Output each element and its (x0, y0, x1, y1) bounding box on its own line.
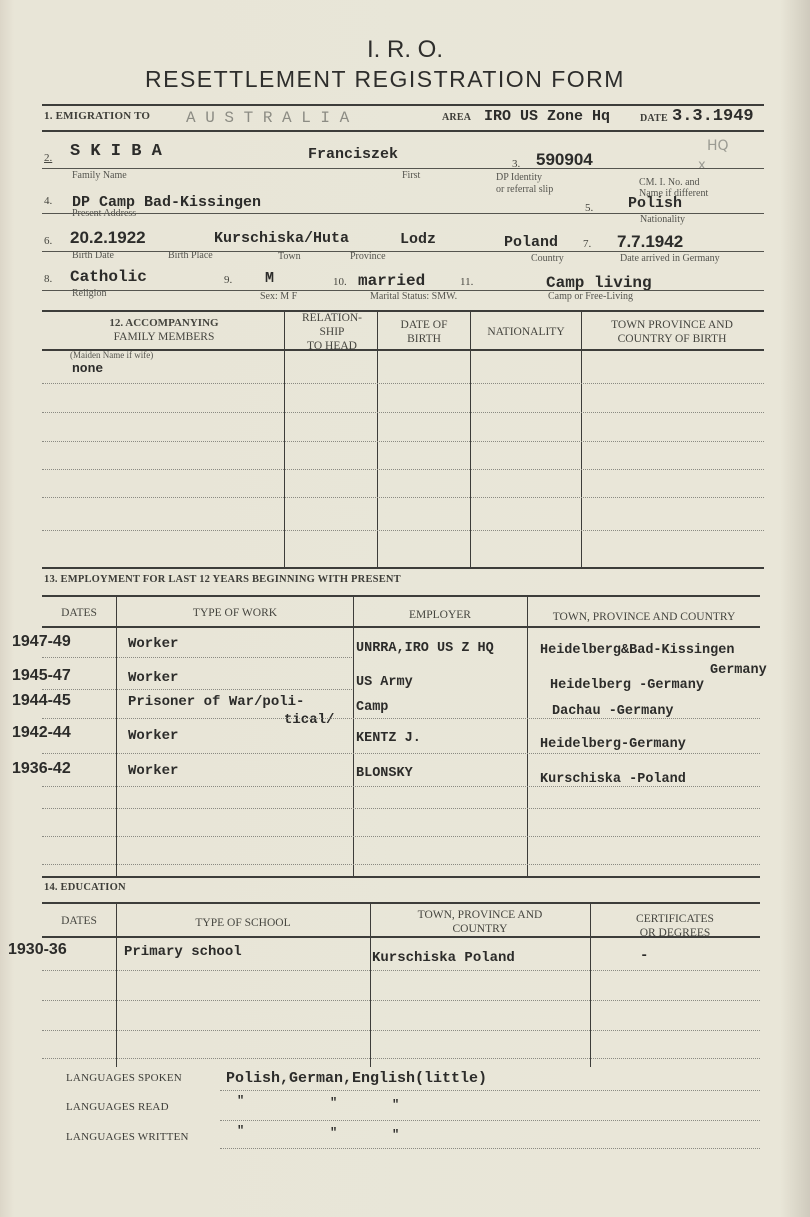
employment-header-place: TOWN, PROVINCE AND COUNTRY (527, 610, 761, 624)
country-label: Country (531, 253, 564, 264)
date-arrived-value: 7.7.1942 (617, 232, 683, 252)
handwritten-mark: x (698, 158, 706, 173)
field-number: 10. (333, 276, 347, 288)
education-dates: 1930-36 (8, 941, 67, 959)
handwritten-note: HQ (707, 138, 729, 154)
employment-header-dates: DATES (42, 606, 116, 620)
dotted-rule (42, 786, 760, 787)
maiden-name-note: (Maiden Name if wife) (70, 350, 153, 360)
employment-header-work: TYPE OF WORK (116, 606, 354, 620)
religion-value: Catholic (70, 268, 147, 286)
field-number: 8. (44, 273, 52, 285)
area-value: IRO US Zone Hq (484, 108, 610, 125)
languages-written-label: LANGUAGES WRITTEN (66, 1131, 189, 1143)
emigration-label: 1. EMIGRATION TO (44, 110, 150, 122)
marital-status-value: married (358, 272, 425, 290)
column-divider (116, 902, 117, 1067)
employment-section-title: 13. EMPLOYMENT FOR LAST 12 YEARS BEGINNI… (44, 574, 401, 585)
employment-dates: 1936-42 (12, 760, 71, 778)
employment-employer: KENTZ J. (356, 731, 421, 746)
present-address-label: Present Address (72, 208, 136, 219)
family-name-value: S K I B A (70, 142, 162, 161)
employment-work: tical/ (284, 712, 334, 728)
education-certificates: - (640, 948, 648, 964)
employment-employer: UNRRA,IRO US Z HQ (356, 641, 494, 656)
employment-header-employer: EMPLOYER (354, 608, 526, 622)
ditto-mark: " (237, 1124, 244, 1138)
languages-spoken-value: Polish,German,English(little) (226, 1070, 487, 1087)
field-number: 11. (460, 276, 473, 288)
dotted-rule (42, 753, 760, 754)
dotted-rule (42, 441, 764, 442)
emigration-to-value: A U S T R A L I A (186, 109, 349, 127)
field-number: 2. (44, 152, 52, 164)
divider (42, 251, 764, 252)
dotted-rule (42, 530, 764, 531)
employment-work: Prisoner of War/poli- (128, 694, 304, 710)
employment-place: Heidelberg&Bad-Kissingen (540, 643, 734, 658)
column-divider (527, 595, 528, 877)
sex-label: Sex: M F (260, 291, 297, 302)
employment-work: Worker (128, 728, 178, 744)
dotted-rule (42, 412, 764, 413)
education-place: Kurschiska Poland (372, 950, 515, 966)
family-name-label: Family Name (72, 170, 127, 181)
header-text: CERTIFICATES (590, 912, 760, 926)
education-school: Primary school (124, 944, 242, 960)
employment-dates: 1945-47 (12, 667, 71, 685)
family-header-town: TOWN PROVINCE AND COUNTRY OF BIRTH (582, 318, 762, 346)
header-text: FAMILY MEMBERS (60, 330, 268, 344)
field-number: 6. (44, 235, 52, 247)
employment-dates: 1942-44 (12, 724, 71, 742)
dotted-rule (42, 1058, 760, 1059)
province-label: Province (350, 251, 386, 262)
employment-place: Heidelberg-Germany (540, 737, 686, 752)
area-label: AREA (442, 112, 471, 123)
town-label: Town (278, 251, 301, 262)
birth-town-value: Kurschiska/Huta (214, 230, 349, 247)
divider (42, 936, 760, 938)
ditto-mark: " (392, 1098, 399, 1112)
birth-place-label: Birth Place (168, 250, 213, 261)
sex-value: M (265, 270, 274, 287)
dotted-rule (42, 1000, 760, 1001)
education-header-place: TOWN, PROVINCE AND COUNTRY (370, 908, 590, 936)
column-divider (590, 902, 591, 1067)
divider (42, 168, 764, 169)
dotted-rule (220, 1090, 760, 1091)
family-header-relation: RELATION- SHIP TO HEAD (286, 311, 378, 353)
divider (42, 567, 764, 569)
divider (42, 130, 764, 132)
dotted-rule (42, 808, 760, 809)
column-divider (353, 595, 354, 877)
dotted-rule (42, 689, 352, 690)
employment-dates: 1944-45 (12, 692, 71, 710)
registration-form-page: I. R. O. RESETTLEMENT REGISTRATION FORM … (0, 0, 810, 1217)
header-text: NATIONALITY (471, 325, 581, 339)
dotted-rule (42, 1030, 760, 1031)
employment-work: Worker (128, 636, 178, 652)
form-date-value: 3.3.1949 (672, 107, 754, 126)
column-divider (370, 902, 371, 1067)
field-number: 7. (583, 238, 591, 250)
nationality-label: Nationality (640, 214, 685, 225)
employment-employer: Camp (356, 700, 388, 715)
dotted-rule (42, 718, 760, 719)
birth-date-label: Birth Date (72, 250, 114, 261)
date-label: DATE (640, 113, 668, 124)
form-title: RESETTLEMENT REGISTRATION FORM (145, 66, 625, 93)
dp-identity-value: 590904 (536, 150, 593, 170)
employment-employer: US Army (356, 675, 413, 690)
date-arrived-label: Date arrived in Germany (620, 253, 720, 264)
divider (42, 104, 764, 106)
family-header-nationality: NATIONALITY (471, 325, 581, 339)
ditto-mark: " (330, 1126, 337, 1140)
employment-employer: BLONSKY (356, 766, 413, 781)
birth-province-value: Lodz (400, 231, 436, 248)
dotted-rule (42, 383, 764, 384)
field-number: 4. (44, 195, 52, 207)
employment-dates: 1947-49 (12, 633, 71, 651)
employment-place: Kurschiska -Poland (540, 772, 686, 787)
employment-place: Heidelberg -Germany (550, 678, 704, 693)
education-section-title: 14. EDUCATION (44, 882, 126, 893)
birth-country-value: Poland (504, 234, 558, 251)
ditto-mark: " (237, 1094, 244, 1108)
header-text: COUNTRY (370, 922, 590, 936)
header-text: COUNTRY OF BIRTH (582, 332, 762, 346)
family-member-entry: none (72, 361, 103, 376)
header-text: RELATION- (286, 311, 378, 325)
dotted-rule (42, 657, 352, 658)
header-text: TOWN, PROVINCE AND (370, 908, 590, 922)
ditto-mark: " (392, 1128, 399, 1142)
family-header-dob: DATE OF BIRTH (378, 318, 470, 346)
education-header-school: TYPE OF SCHOOL (116, 916, 370, 930)
field-number: 9. (224, 274, 232, 286)
dotted-rule (42, 836, 760, 837)
marital-status-label: Marital Status: SMW. (370, 291, 457, 302)
dotted-rule (42, 970, 760, 971)
first-name-value: Franciszek (308, 146, 398, 163)
employment-work: Worker (128, 670, 178, 686)
divider (42, 876, 760, 878)
divider (42, 626, 760, 628)
dp-identity-label: or referral slip (496, 184, 553, 195)
dotted-rule (220, 1148, 760, 1149)
divider (42, 595, 760, 597)
column-divider (116, 595, 117, 877)
divider (42, 310, 764, 312)
languages-read-label: LANGUAGES READ (66, 1101, 169, 1113)
religion-label: Religion (72, 288, 106, 299)
family-header-members: 12. ACCOMPANYING FAMILY MEMBERS (60, 316, 268, 344)
employment-place: Dachau -Germany (552, 704, 674, 719)
ditto-mark: " (330, 1096, 337, 1110)
header-text: TOWN PROVINCE AND (582, 318, 762, 332)
header-text: BIRTH (378, 332, 470, 346)
birth-date-value: 20.2.1922 (70, 228, 146, 248)
dotted-rule (42, 497, 764, 498)
dotted-rule (42, 864, 760, 865)
languages-spoken-label: LANGUAGES SPOKEN (66, 1072, 182, 1084)
header-text: SHIP (286, 325, 378, 339)
header-text: 12. ACCOMPANYING (60, 316, 268, 330)
cm-number-label: CM. I. No. and (639, 177, 700, 188)
camp-living-label: Camp or Free-Living (548, 291, 633, 302)
divider (42, 902, 760, 904)
form-org-title: I. R. O. (367, 36, 443, 64)
nationality-value: Polish (628, 195, 682, 212)
header-text: DATE OF (378, 318, 470, 332)
dp-identity-label: DP Identity (496, 172, 542, 183)
education-header-dates: DATES (42, 914, 116, 928)
employment-work: Worker (128, 763, 178, 779)
employment-place: Germany (710, 663, 767, 678)
dotted-rule (42, 469, 764, 470)
dotted-rule (220, 1120, 760, 1121)
first-name-label: First (402, 170, 420, 181)
